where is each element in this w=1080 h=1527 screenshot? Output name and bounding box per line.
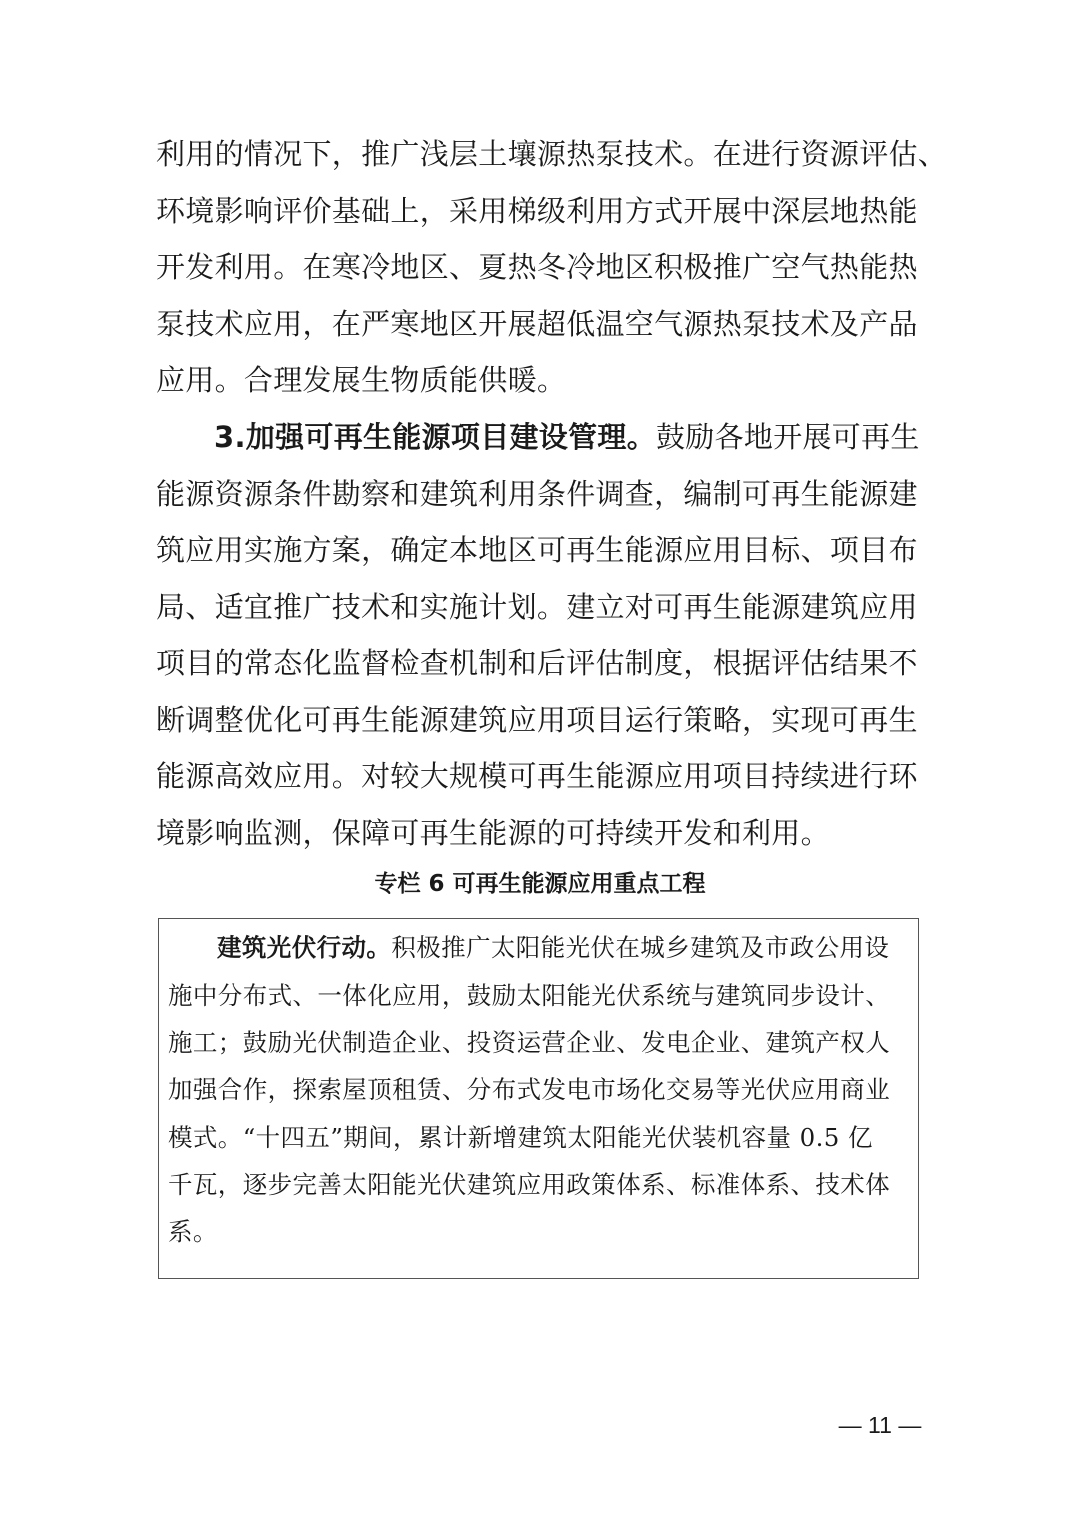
column-heading: 建筑光伏行动。 [217,933,391,962]
paragraph-line: 断调整优化可再生能源建筑应用项目运行策略，实现可再生 [156,700,926,740]
section-heading-line: 3.加强可再生能源项目建设管理。鼓励各地开展可再生 [214,417,926,457]
paragraph-line: 能源资源条件勘察和建筑利用条件调查，编制可再生能源建 [156,474,926,514]
paragraph-line: 局、适宜推广技术和实施计划。建立对可再生能源建筑应用 [156,587,926,627]
paragraph-line: 筑应用实施方案，确定本地区可再生能源应用目标、项目布 [156,530,926,570]
document-page: 利用的情况下，推广浅层土壤源热泵技术。在进行资源评估、 环境影响评价基础上，采用… [0,0,1080,1527]
page-number: — 11 — [820,1408,940,1442]
paragraph-line: 泵技术应用，在严寒地区开展超低温空气源热泵技术及产品 [156,304,926,344]
column-text: 积极推广太阳能光伏在城乡建筑及市政公用设 [391,933,889,962]
column-line: 施中分布式、一体化应用，鼓励太阳能光伏系统与建筑同步设计、 [168,979,908,1013]
paragraph-line: 能源高效应用。对较大规模可再生能源应用项目持续进行环 [156,756,926,796]
column-line: 施工；鼓励光伏制造企业、投资运营企业、发电企业、建筑产权人 [168,1026,908,1060]
paragraph-line: 应用。合理发展生物质能供暖。 [156,360,926,400]
paragraph-line: 开发利用。在寒冷地区、夏热冬冷地区积极推广空气热能热 [156,247,926,287]
column-line: 模式。“十四五”期间，累计新增建筑太阳能光伏装机容量 0.5 亿 [168,1121,908,1155]
paragraph-line: 利用的情况下，推广浅层土壤源热泵技术。在进行资源评估、 [156,134,926,174]
column-heading-line: 建筑光伏行动。积极推广太阳能光伏在城乡建筑及市政公用设 [217,931,908,965]
paragraph-line: 环境影响评价基础上，采用梯级利用方式开展中深层地热能 [156,191,926,231]
column-line: 系。 [168,1215,908,1249]
paragraph-line: 项目的常态化监督检查机制和后评估制度，根据评估结果不 [156,643,926,683]
paragraph-line: 境影响监测，保障可再生能源的可持续开发和利用。 [156,813,926,853]
section-heading: 3.加强可再生能源项目建设管理。 [214,420,656,454]
paragraph-text: 鼓励各地开展可再生 [656,420,920,454]
column-caption: 专栏 6 可再生能源应用重点工程 [0,866,1080,902]
column-line: 千瓦，逐步完善太阳能光伏建筑应用政策体系、标准体系、技术体 [168,1168,908,1202]
column-line: 加强合作，探索屋顶租赁、分布式发电市场化交易等光伏应用商业 [168,1073,908,1107]
